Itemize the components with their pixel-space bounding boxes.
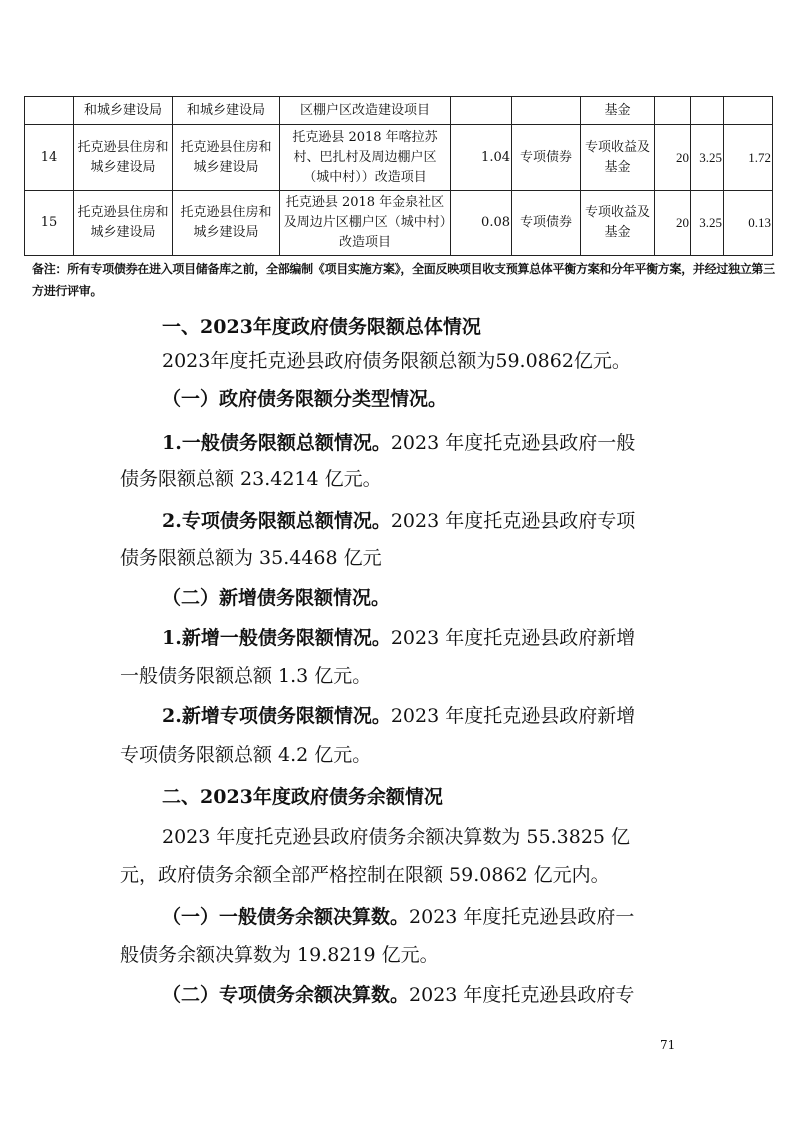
cell-unit1: 和城乡建设局 — [74, 97, 173, 125]
cell-no: 14 — [25, 125, 74, 191]
cell-no — [25, 97, 74, 125]
paragraph-lead: 1.新增一般债务限额情况。 — [162, 627, 391, 649]
cell-type: 专项债券 — [512, 191, 581, 256]
cell-project: 托克逊县 2018 年金泉社区及周边片区棚户区（城中村）改造项目 — [280, 191, 451, 256]
cell-source: 基金 — [581, 97, 655, 125]
cell-amount: 0.08 — [451, 191, 512, 256]
cell-unit2: 托克逊县住房和城乡建设局 — [173, 191, 280, 256]
section-2-text-line: 元，政府债务余额全部严格控制在限额 59.0862 亿元内。 — [120, 862, 610, 888]
cell-unit1: 托克逊县住房和城乡建设局 — [74, 125, 173, 191]
section-2-heading: 二、2023年度政府债务余额情况 — [162, 784, 443, 810]
paragraph-lead: 1.一般债务限额总额情况。 — [162, 432, 391, 454]
section-1-2-heading: （二）新增债务限额情况。 — [162, 585, 390, 611]
paragraph-text-line: 专项债务限额总额 4.2 亿元。 — [120, 742, 371, 768]
cell-unit2: 和城乡建设局 — [173, 97, 280, 125]
cell-total — [724, 97, 773, 125]
cell-no: 15 — [25, 191, 74, 256]
paragraph-lead: （二）专项债务余额决算数。 — [162, 984, 409, 1006]
paragraph-text-line: 一般债务限额总额 1.3 亿元。 — [120, 663, 371, 689]
paragraph-special-balance: （二）专项债务余额决算数。2023 年度托克逊县政府专 — [162, 982, 634, 1008]
cell-term — [655, 97, 691, 125]
paragraph-text: 2023 年度托克逊县政府新增 — [391, 705, 635, 727]
paragraph-new-special-limit: 2.新增专项债务限额情况。2023 年度托克逊县政府新增 — [162, 703, 635, 729]
section-1-heading: 一、2023年度政府债务限额总体情况 — [162, 314, 481, 340]
cell-term: 20 — [655, 191, 691, 256]
cell-type: 专项债券 — [512, 125, 581, 191]
cell-rate: 3.25 — [691, 125, 724, 191]
cell-unit1: 托克逊县住房和城乡建设局 — [74, 191, 173, 256]
paragraph-lead: （一）一般债务余额决算数。 — [162, 906, 409, 928]
page-number: 71 — [660, 1038, 675, 1052]
cell-total: 0.13 — [724, 191, 773, 256]
section-2-text-line: 2023 年度托克逊县政府债务余额决算数为 55.3825 亿 — [162, 824, 630, 850]
section-1-text: 2023年度托克逊县政府债务限额总额为59.0862亿元。 — [162, 348, 631, 374]
paragraph-lead: 2.专项债务限额总额情况。 — [162, 510, 391, 532]
table-row: 和城乡建设局 和城乡建设局 区棚户区改造建设项目 基金 — [25, 97, 773, 125]
cell-unit2: 托克逊县住房和城乡建设局 — [173, 125, 280, 191]
cell-total: 1.72 — [724, 125, 773, 191]
paragraph-special-limit: 2.专项债务限额总额情况。2023 年度托克逊县政府专项 — [162, 508, 635, 534]
section-1-1-heading: （一）政府债务限额分类型情况。 — [162, 386, 447, 412]
cell-source: 专项收益及基金 — [581, 125, 655, 191]
cell-amount: 1.04 — [451, 125, 512, 191]
paragraph-text: 2023 年度托克逊县政府新增 — [391, 627, 635, 649]
cell-term: 20 — [655, 125, 691, 191]
paragraph-general-limit: 1.一般债务限额总额情况。2023 年度托克逊县政府一般 — [162, 430, 635, 456]
paragraph-lead: 2.新增专项债务限额情况。 — [162, 705, 391, 727]
cell-type — [512, 97, 581, 125]
project-table: 和城乡建设局 和城乡建设局 区棚户区改造建设项目 基金 14 托克逊县住房和城乡… — [24, 96, 773, 256]
paragraph-general-balance: （一）一般债务余额决算数。2023 年度托克逊县政府一 — [162, 904, 634, 930]
cell-rate: 3.25 — [691, 191, 724, 256]
cell-project: 托克逊县 2018 年喀拉苏村、巴扎村及周边棚户区（城中村））改造项目 — [280, 125, 451, 191]
paragraph-text-line: 债务限额总额 23.4214 亿元。 — [120, 466, 382, 492]
paragraph-text: 2023 年度托克逊县政府一般 — [391, 432, 635, 454]
cell-source: 专项收益及基金 — [581, 191, 655, 256]
cell-project: 区棚户区改造建设项目 — [280, 97, 451, 125]
paragraph-text: 2023 年度托克逊县政府专 — [409, 984, 634, 1006]
paragraph-text: 2023 年度托克逊县政府一 — [409, 906, 634, 928]
paragraph-text-line: 债务限额总额为 35.4468 亿元 — [120, 545, 382, 571]
cell-amount — [451, 97, 512, 125]
paragraph-text-line: 般债务余额决算数为 19.8219 亿元。 — [120, 942, 439, 968]
table-row: 15 托克逊县住房和城乡建设局 托克逊县住房和城乡建设局 托克逊县 2018 年… — [25, 191, 773, 256]
table-note: 备注：所有专项债券在进入项目储备库之前，全部编制《项目实施方案》，全面反映项目收… — [32, 258, 777, 302]
table-row: 14 托克逊县住房和城乡建设局 托克逊县住房和城乡建设局 托克逊县 2018 年… — [25, 125, 773, 191]
cell-rate — [691, 97, 724, 125]
paragraph-new-general-limit: 1.新增一般债务限额情况。2023 年度托克逊县政府新增 — [162, 625, 635, 651]
paragraph-text: 2023 年度托克逊县政府专项 — [391, 510, 635, 532]
